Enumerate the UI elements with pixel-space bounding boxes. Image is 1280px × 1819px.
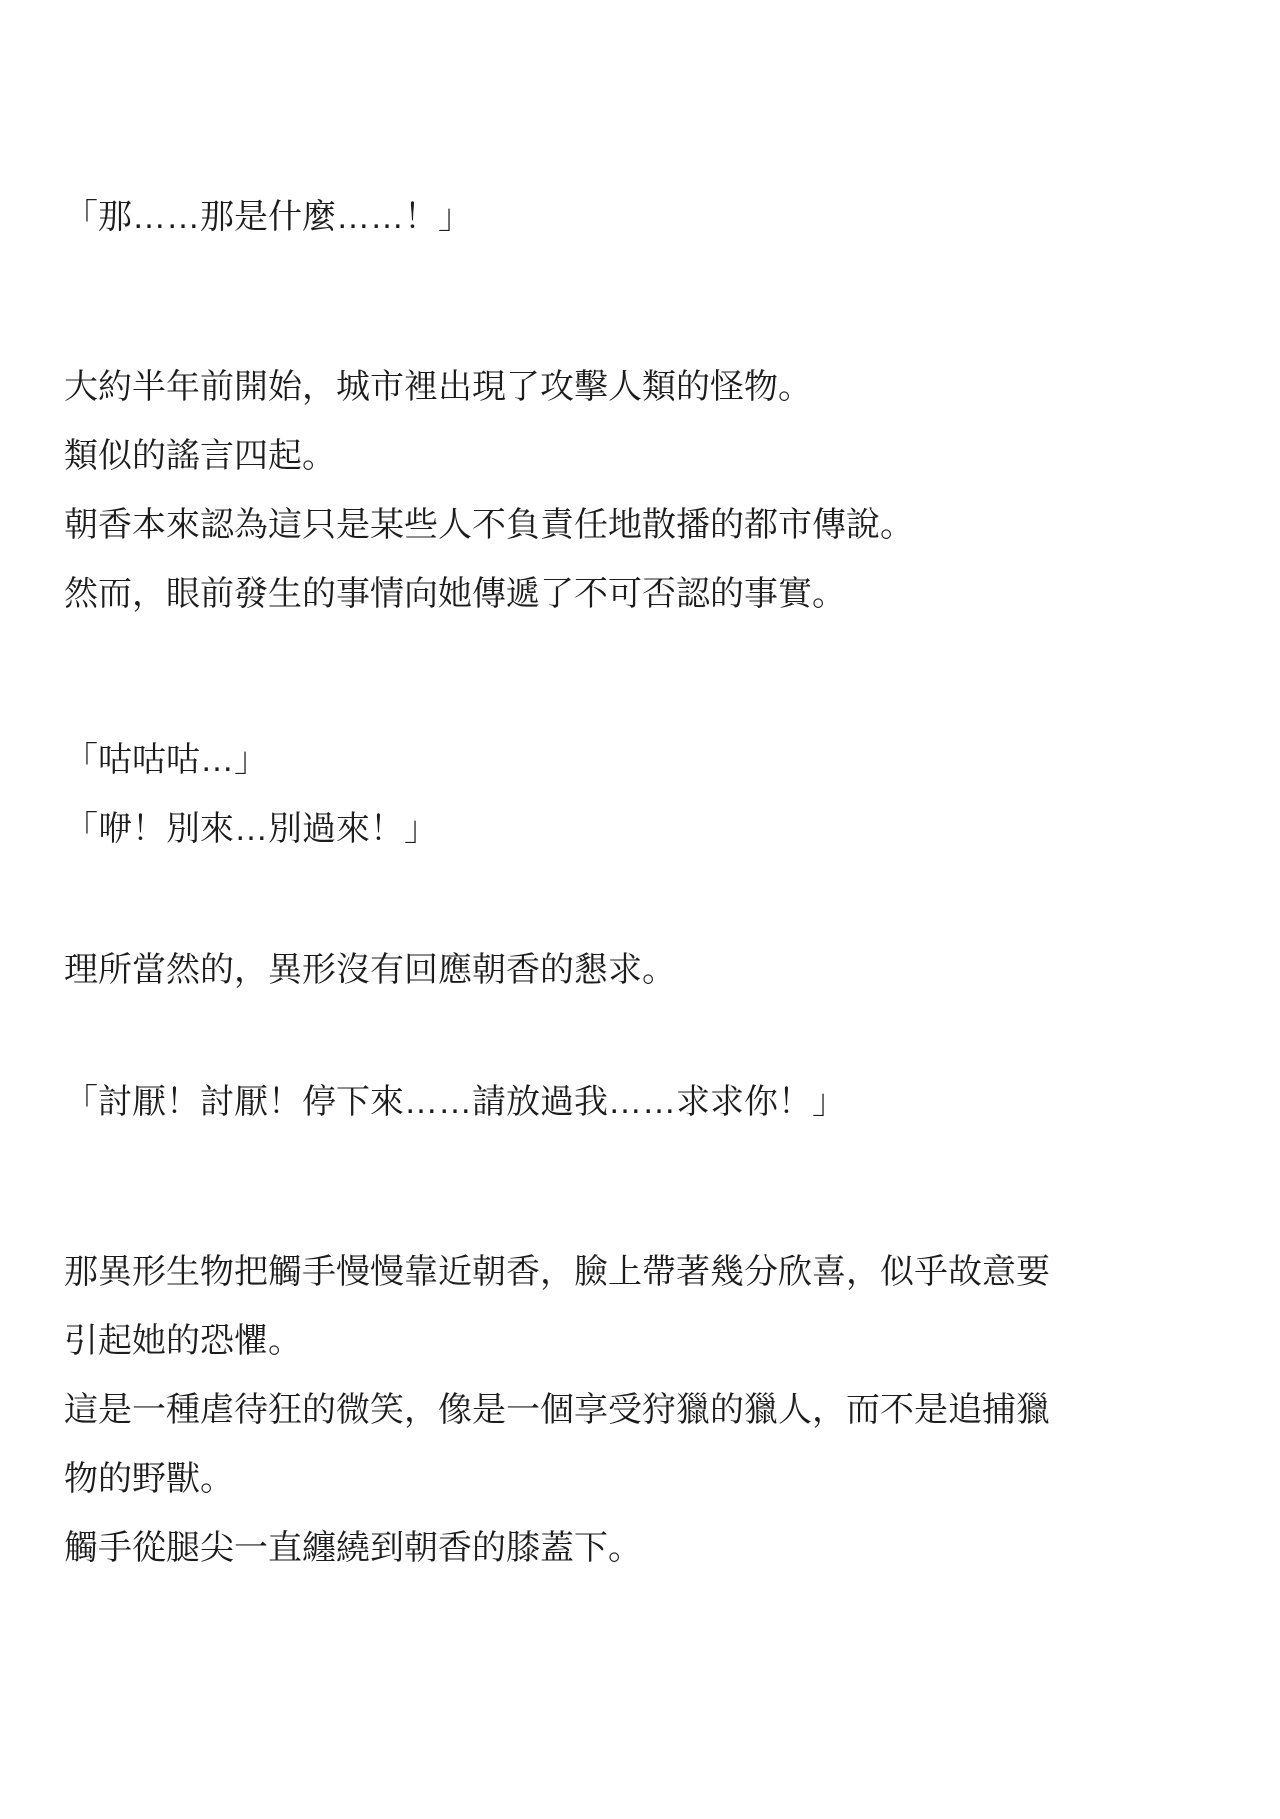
text-line: 那異形生物把觸手慢慢靠近朝香，臉上帶著幾分欣喜，似乎故意要引起她的恐懼。: [64, 1238, 1064, 1376]
text-line: 這是一種虐待狂的微笑，像是一個享受狩獵的獵人，而不是追捕獵物的野獸。: [64, 1376, 1064, 1514]
novel-page: 「那……那是什麼……！」大約半年前開始，城市裡出現了攻擊人類的怪物。類似的謠言四…: [0, 0, 1280, 1819]
paragraph: 「討厭！討厭！停下來……請放過我……求求你！」: [64, 1068, 1064, 1137]
text-line: 「咿！別來…別過來！」: [64, 795, 1064, 864]
text-line: 類似的謠言四起。: [64, 422, 1064, 491]
text-line: 「討厭！討厭！停下來……請放過我……求求你！」: [64, 1068, 1064, 1137]
text-line: 大約半年前開始，城市裡出現了攻擊人類的怪物。: [64, 353, 1064, 422]
paragraph: 理所當然的，異形沒有回應朝香的懇求。: [64, 936, 1064, 1005]
text-line: 朝香本來認為這只是某些人不負責任地散播的都市傳說。: [64, 491, 1064, 560]
text-line: 觸手從腿尖一直纏繞到朝香的膝蓋下。: [64, 1514, 1064, 1583]
text-line: 「那……那是什麼……！」: [64, 183, 1064, 252]
text-line: 「咕咕咕…」: [64, 726, 1064, 795]
text-line: 理所當然的，異形沒有回應朝香的懇求。: [64, 936, 1064, 1005]
paragraph: 大約半年前開始，城市裡出現了攻擊人類的怪物。類似的謠言四起。朝香本來認為這只是某…: [64, 353, 1064, 629]
text-line: 然而，眼前發生的事情向她傳遞了不可否認的事實。: [64, 560, 1064, 629]
paragraph: 「咕咕咕…」「咿！別來…別過來！」: [64, 726, 1064, 864]
paragraph: 「那……那是什麼……！」: [64, 183, 1064, 252]
paragraph: 那異形生物把觸手慢慢靠近朝香，臉上帶著幾分欣喜，似乎故意要引起她的恐懼。這是一種…: [64, 1238, 1064, 1583]
